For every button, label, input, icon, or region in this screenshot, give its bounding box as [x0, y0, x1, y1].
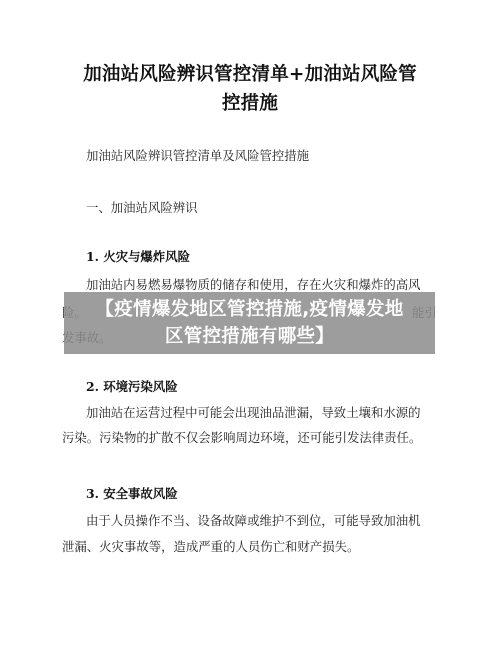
risk-heading-safety: 3. 安全事故风险	[86, 484, 178, 502]
paragraph-line: 污染。污染物的扩散不仅会影响周边环境，还可能引发法律责任。	[62, 428, 421, 446]
risk-heading-fire: 1. 火灾与爆炸风险	[86, 247, 190, 265]
paragraph-line: 泄漏、火灾事故等，造成严重的人员伤亡和财产损失。	[62, 537, 359, 555]
risk-heading-environment: 2. 环境污染风险	[86, 377, 178, 395]
document-title-line1: 加油站风险辨识管控清单+加油站风险管	[0, 60, 500, 86]
overlay-banner-line1: 【疫情爆发地区管控措施,疫情爆发地	[64, 295, 435, 321]
paragraph-line: 加油站在运营过程中可能会出现油品泄漏，导致土壤和水源的	[86, 403, 421, 421]
paragraph-line: 由于人员操作不当、设备故障或维护不到位，可能导致加油机	[86, 511, 421, 529]
paragraph-line: 加油站内易燃易爆物质的储存和使用，存在火灾和爆炸的高风	[86, 275, 421, 293]
document-title-line2: 控措施	[0, 89, 500, 115]
document-subtitle: 加油站风险辨识管控清单及风险管控措施	[86, 146, 309, 164]
section-heading: 一、加油站风险辨识	[86, 198, 198, 216]
overlay-banner-line2: 区管控措施有哪些】	[64, 322, 435, 348]
